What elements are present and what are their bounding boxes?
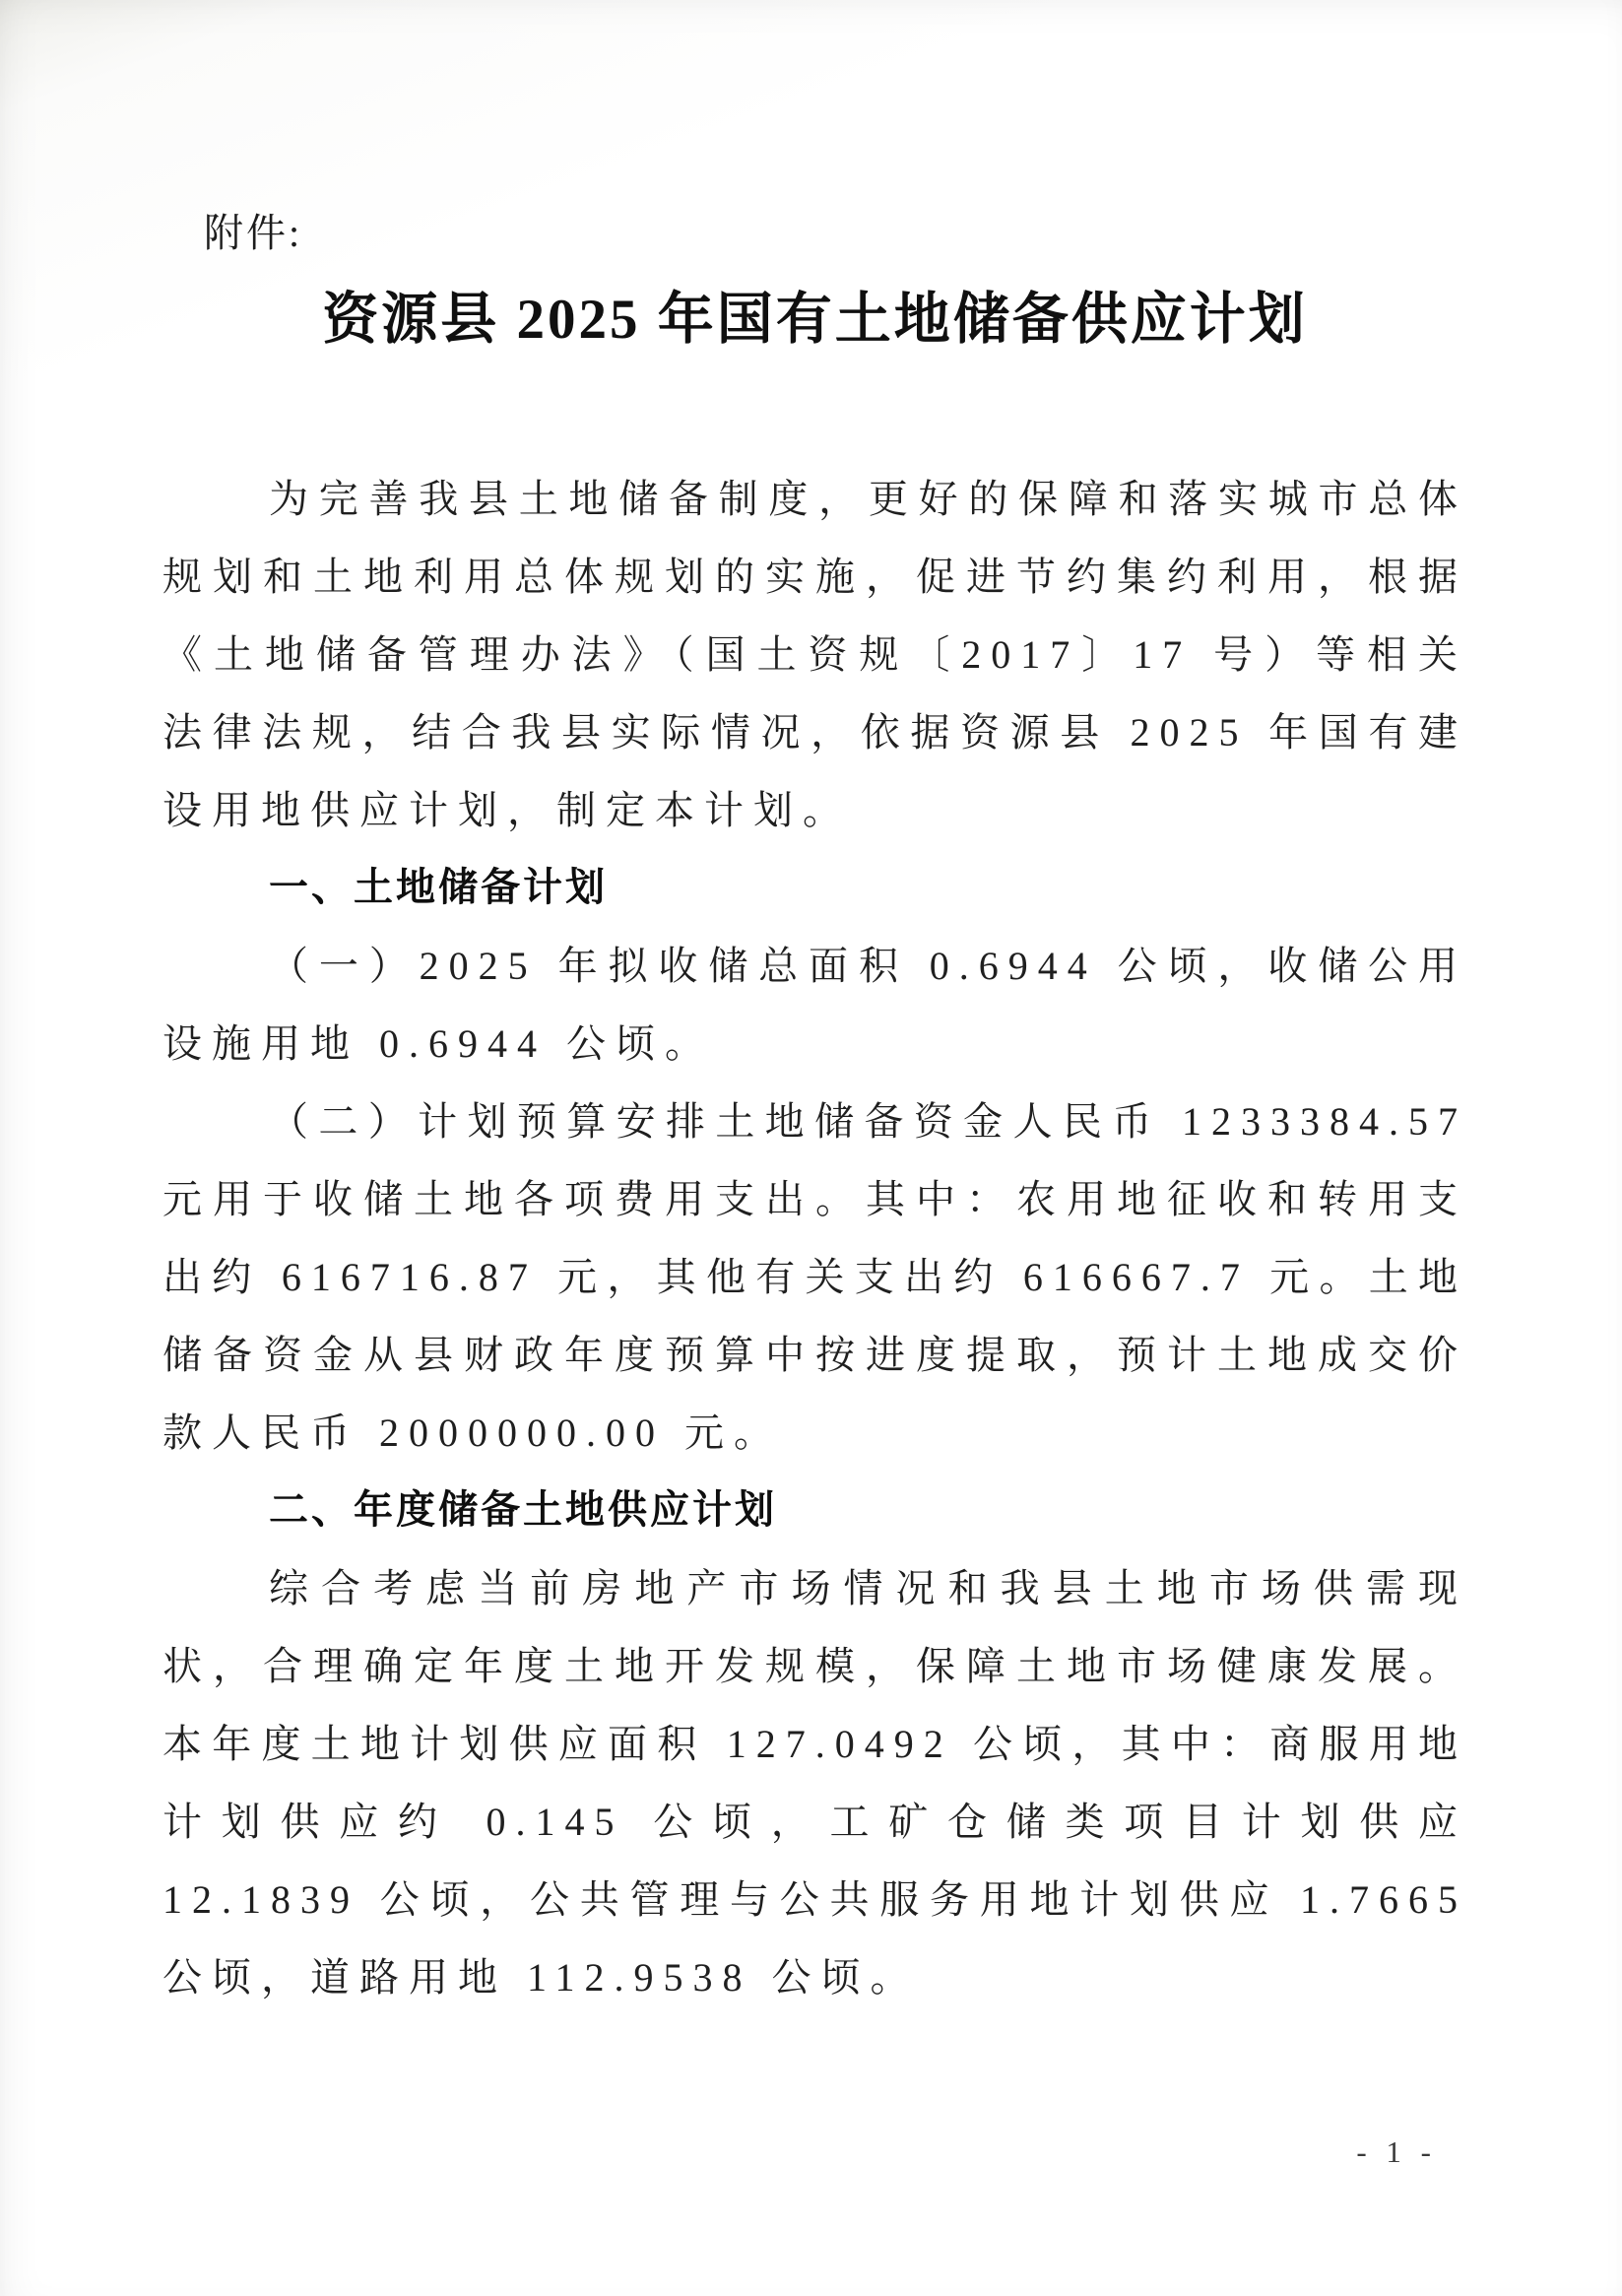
document-title: 资源县 2025 年国有土地储备供应计划 bbox=[162, 285, 1467, 356]
paragraph-supply-plan: 综合考虑当前房地产市场情况和我县土地市场供需现状，合理确定年度土地开发规模，保障… bbox=[162, 1549, 1467, 2016]
section-heading-annual-supply-plan: 二、年度储备土地供应计划 bbox=[162, 1472, 1467, 1549]
attachment-label: 附件: bbox=[204, 212, 1467, 255]
document-page: 附件: 资源县 2025 年国有土地储备供应计划 为完善我县土地储备制度，更好的… bbox=[0, 0, 1622, 2296]
paragraph-reserve-area: （一）2025 年拟收储总面积 0.6944 公顷，收储公用设施用地 0.694… bbox=[162, 927, 1467, 1082]
document-body: 为完善我县土地储备制度，更好的保障和落实城市总体规划和土地利用总体规划的实施，促… bbox=[162, 460, 1467, 2016]
paragraph-intro: 为完善我县土地储备制度，更好的保障和落实城市总体规划和土地利用总体规划的实施，促… bbox=[162, 460, 1467, 849]
section-heading-land-reserve-plan: 一、土地储备计划 bbox=[162, 849, 1467, 927]
page-number: - 1 - bbox=[1356, 2134, 1437, 2170]
paragraph-reserve-budget: （二）计划预算安排土地储备资金人民币 1233384.57 元用于收储土地各项费… bbox=[162, 1082, 1467, 1472]
